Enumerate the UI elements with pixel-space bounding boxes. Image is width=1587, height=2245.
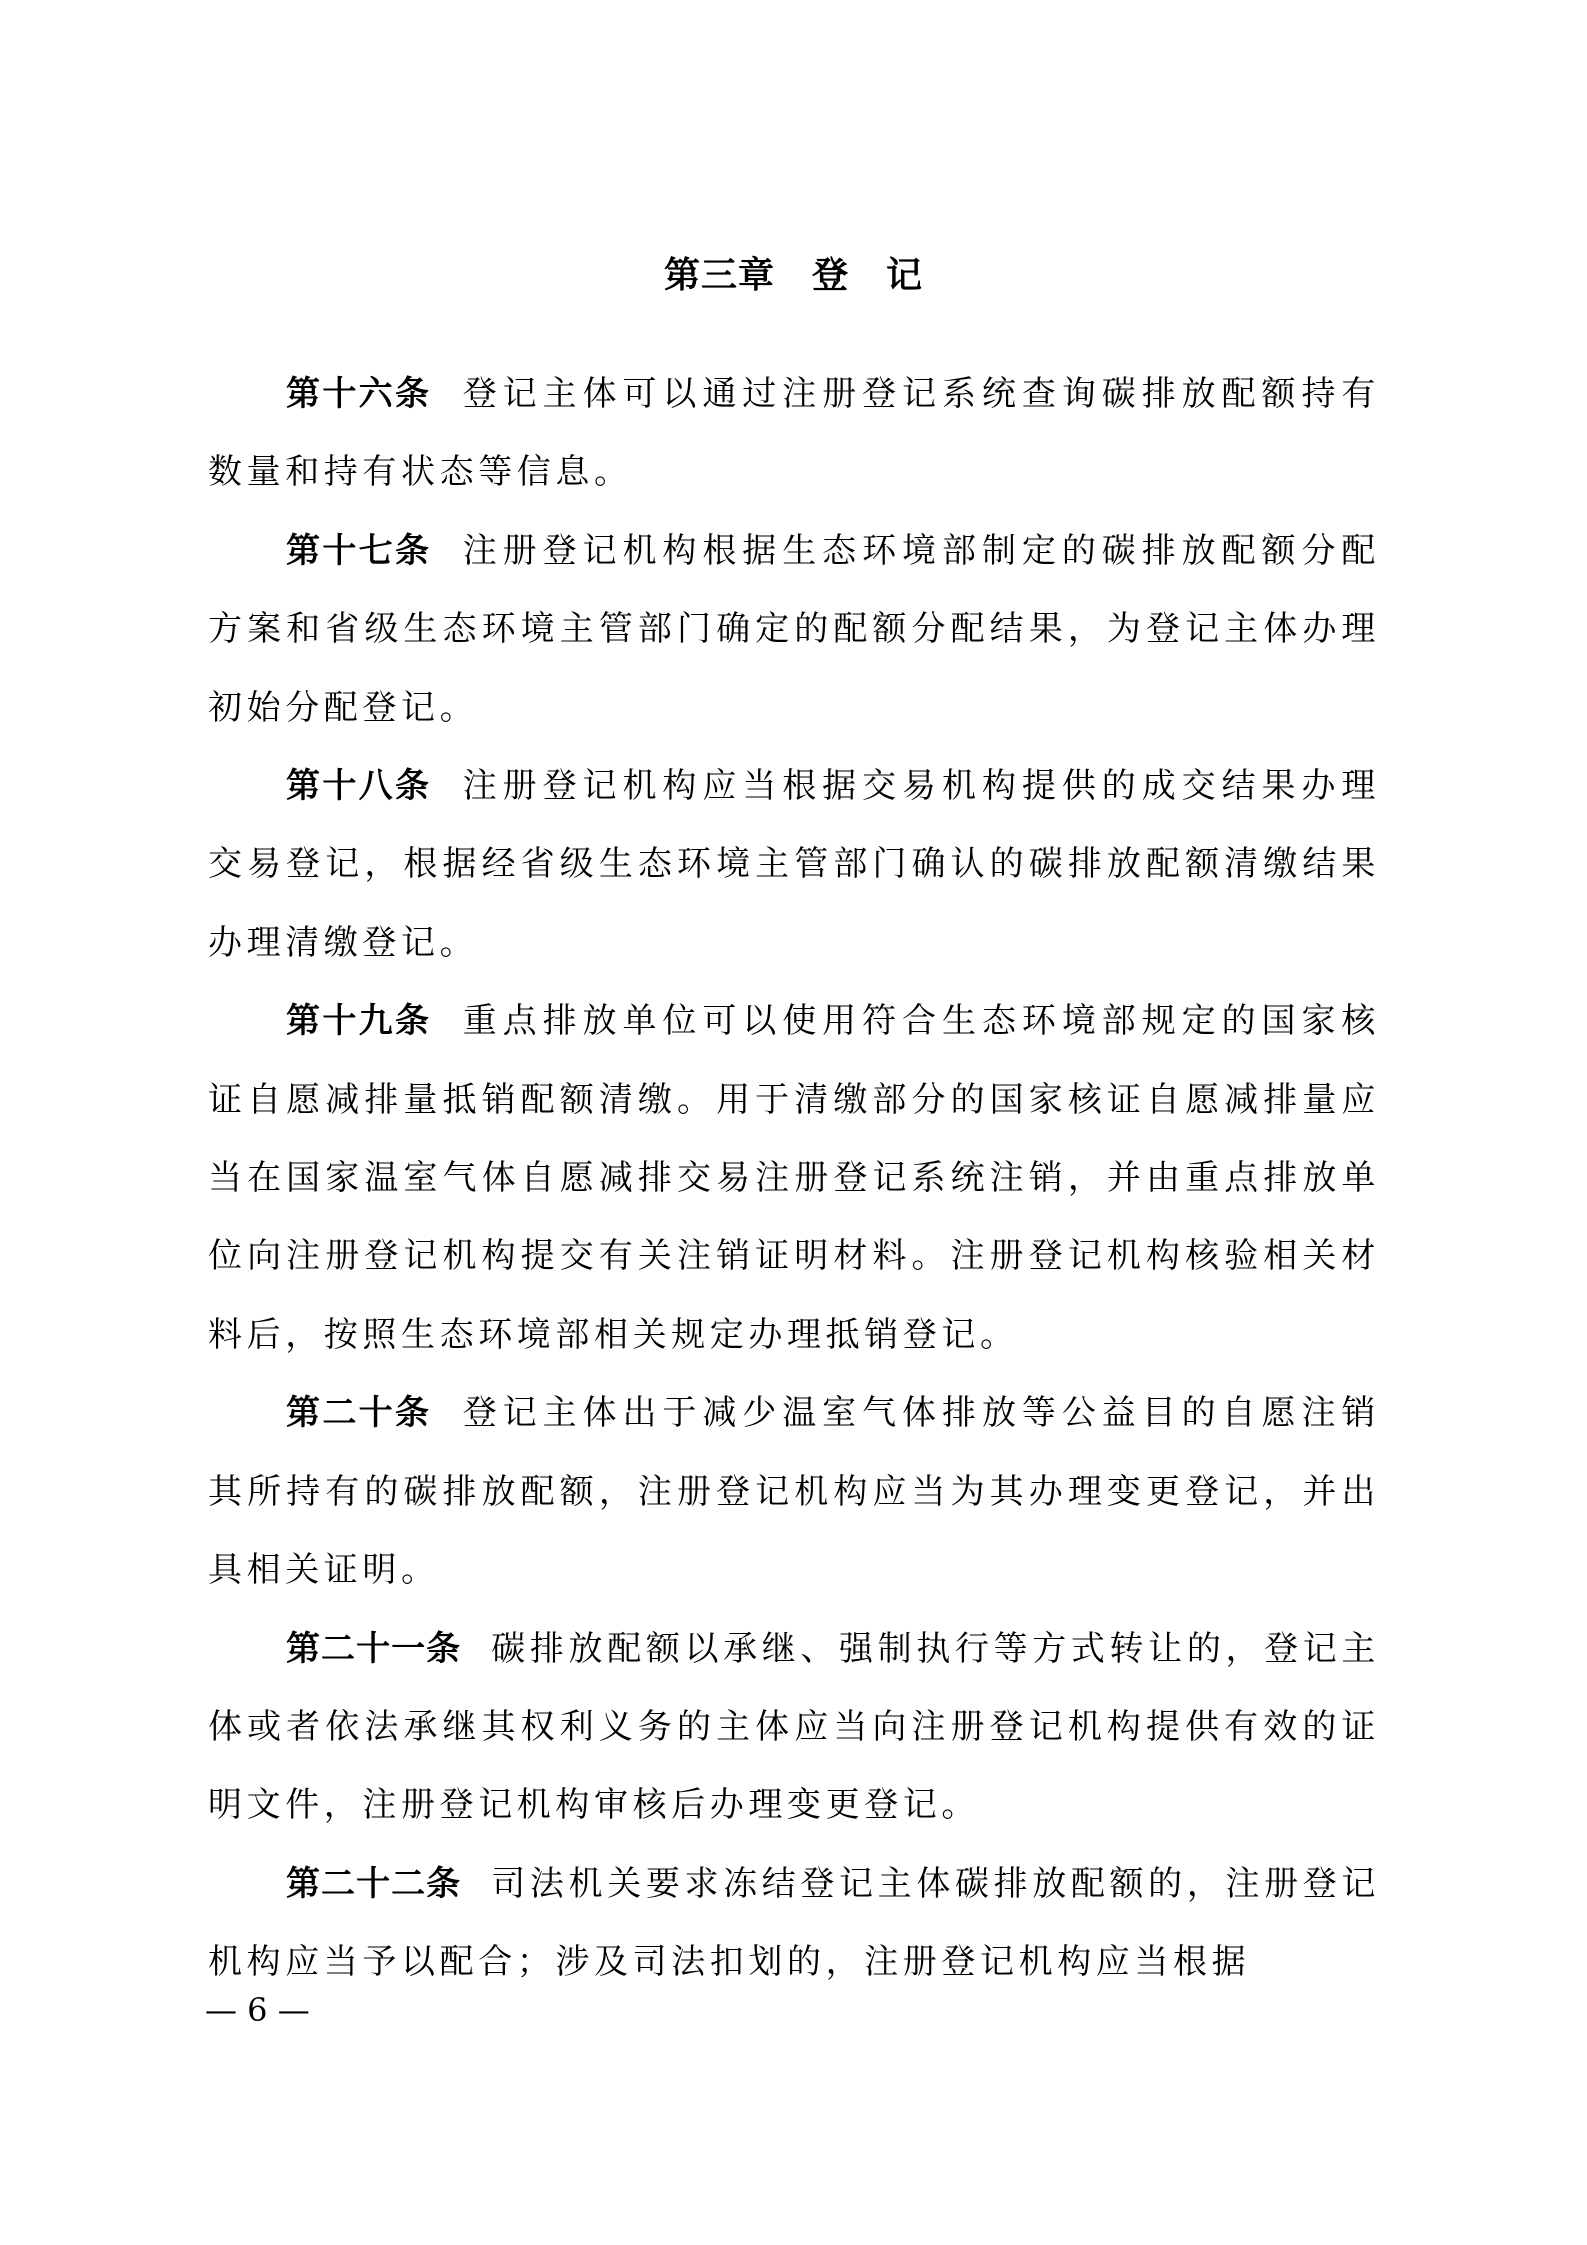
article-18: 第十八条注册登记机构应当根据交易机构提供的成交结果办理交易登记，根据经省级生态环…: [208, 747, 1380, 982]
article-number: 第二十条: [286, 1393, 431, 1433]
article-16: 第十六条登记主体可以通过注册登记系统查询碳排放配额持有数量和持有状态等信息。: [208, 355, 1380, 512]
chapter-title: 第三章 登 记: [0, 252, 1587, 300]
article-number: 第二十二条: [286, 1864, 461, 1904]
article-22: 第二十二条司法机关要求冻结登记主体碳排放配额的，注册登记机构应当予以配合；涉及司…: [208, 1845, 1380, 2002]
article-number: 第十八条: [286, 766, 431, 806]
page-number: — 6 —: [205, 1990, 310, 2030]
article-number: 第十九条: [286, 1001, 431, 1041]
article-20: 第二十条登记主体出于减少温室气体排放等公益目的自愿注销其所持有的碳排放配额，注册…: [208, 1374, 1380, 1609]
document-body: 第十六条登记主体可以通过注册登记系统查询碳排放配额持有数量和持有状态等信息。 第…: [208, 355, 1380, 2002]
article-19: 第十九条重点排放单位可以使用符合生态环境部规定的国家核证自愿减排量抵销配额清缴。…: [208, 982, 1380, 1374]
article-number: 第二十一条: [286, 1629, 461, 1669]
article-17: 第十七条注册登记机构根据生态环境部制定的碳排放配额分配方案和省级生态环境主管部门…: [208, 512, 1380, 747]
article-text: 重点排放单位可以使用符合生态环境部规定的国家核证自愿减排量抵销配额清缴。用于清缴…: [208, 1001, 1380, 1355]
document-page: 第三章 登 记 第十六条登记主体可以通过注册登记系统查询碳排放配额持有数量和持有…: [0, 0, 1587, 2245]
article-number: 第十七条: [286, 531, 431, 571]
article-21: 第二十一条碳排放配额以承继、强制执行等方式转让的，登记主体或者依法承继其权利义务…: [208, 1610, 1380, 1845]
article-number: 第十六条: [286, 374, 431, 414]
